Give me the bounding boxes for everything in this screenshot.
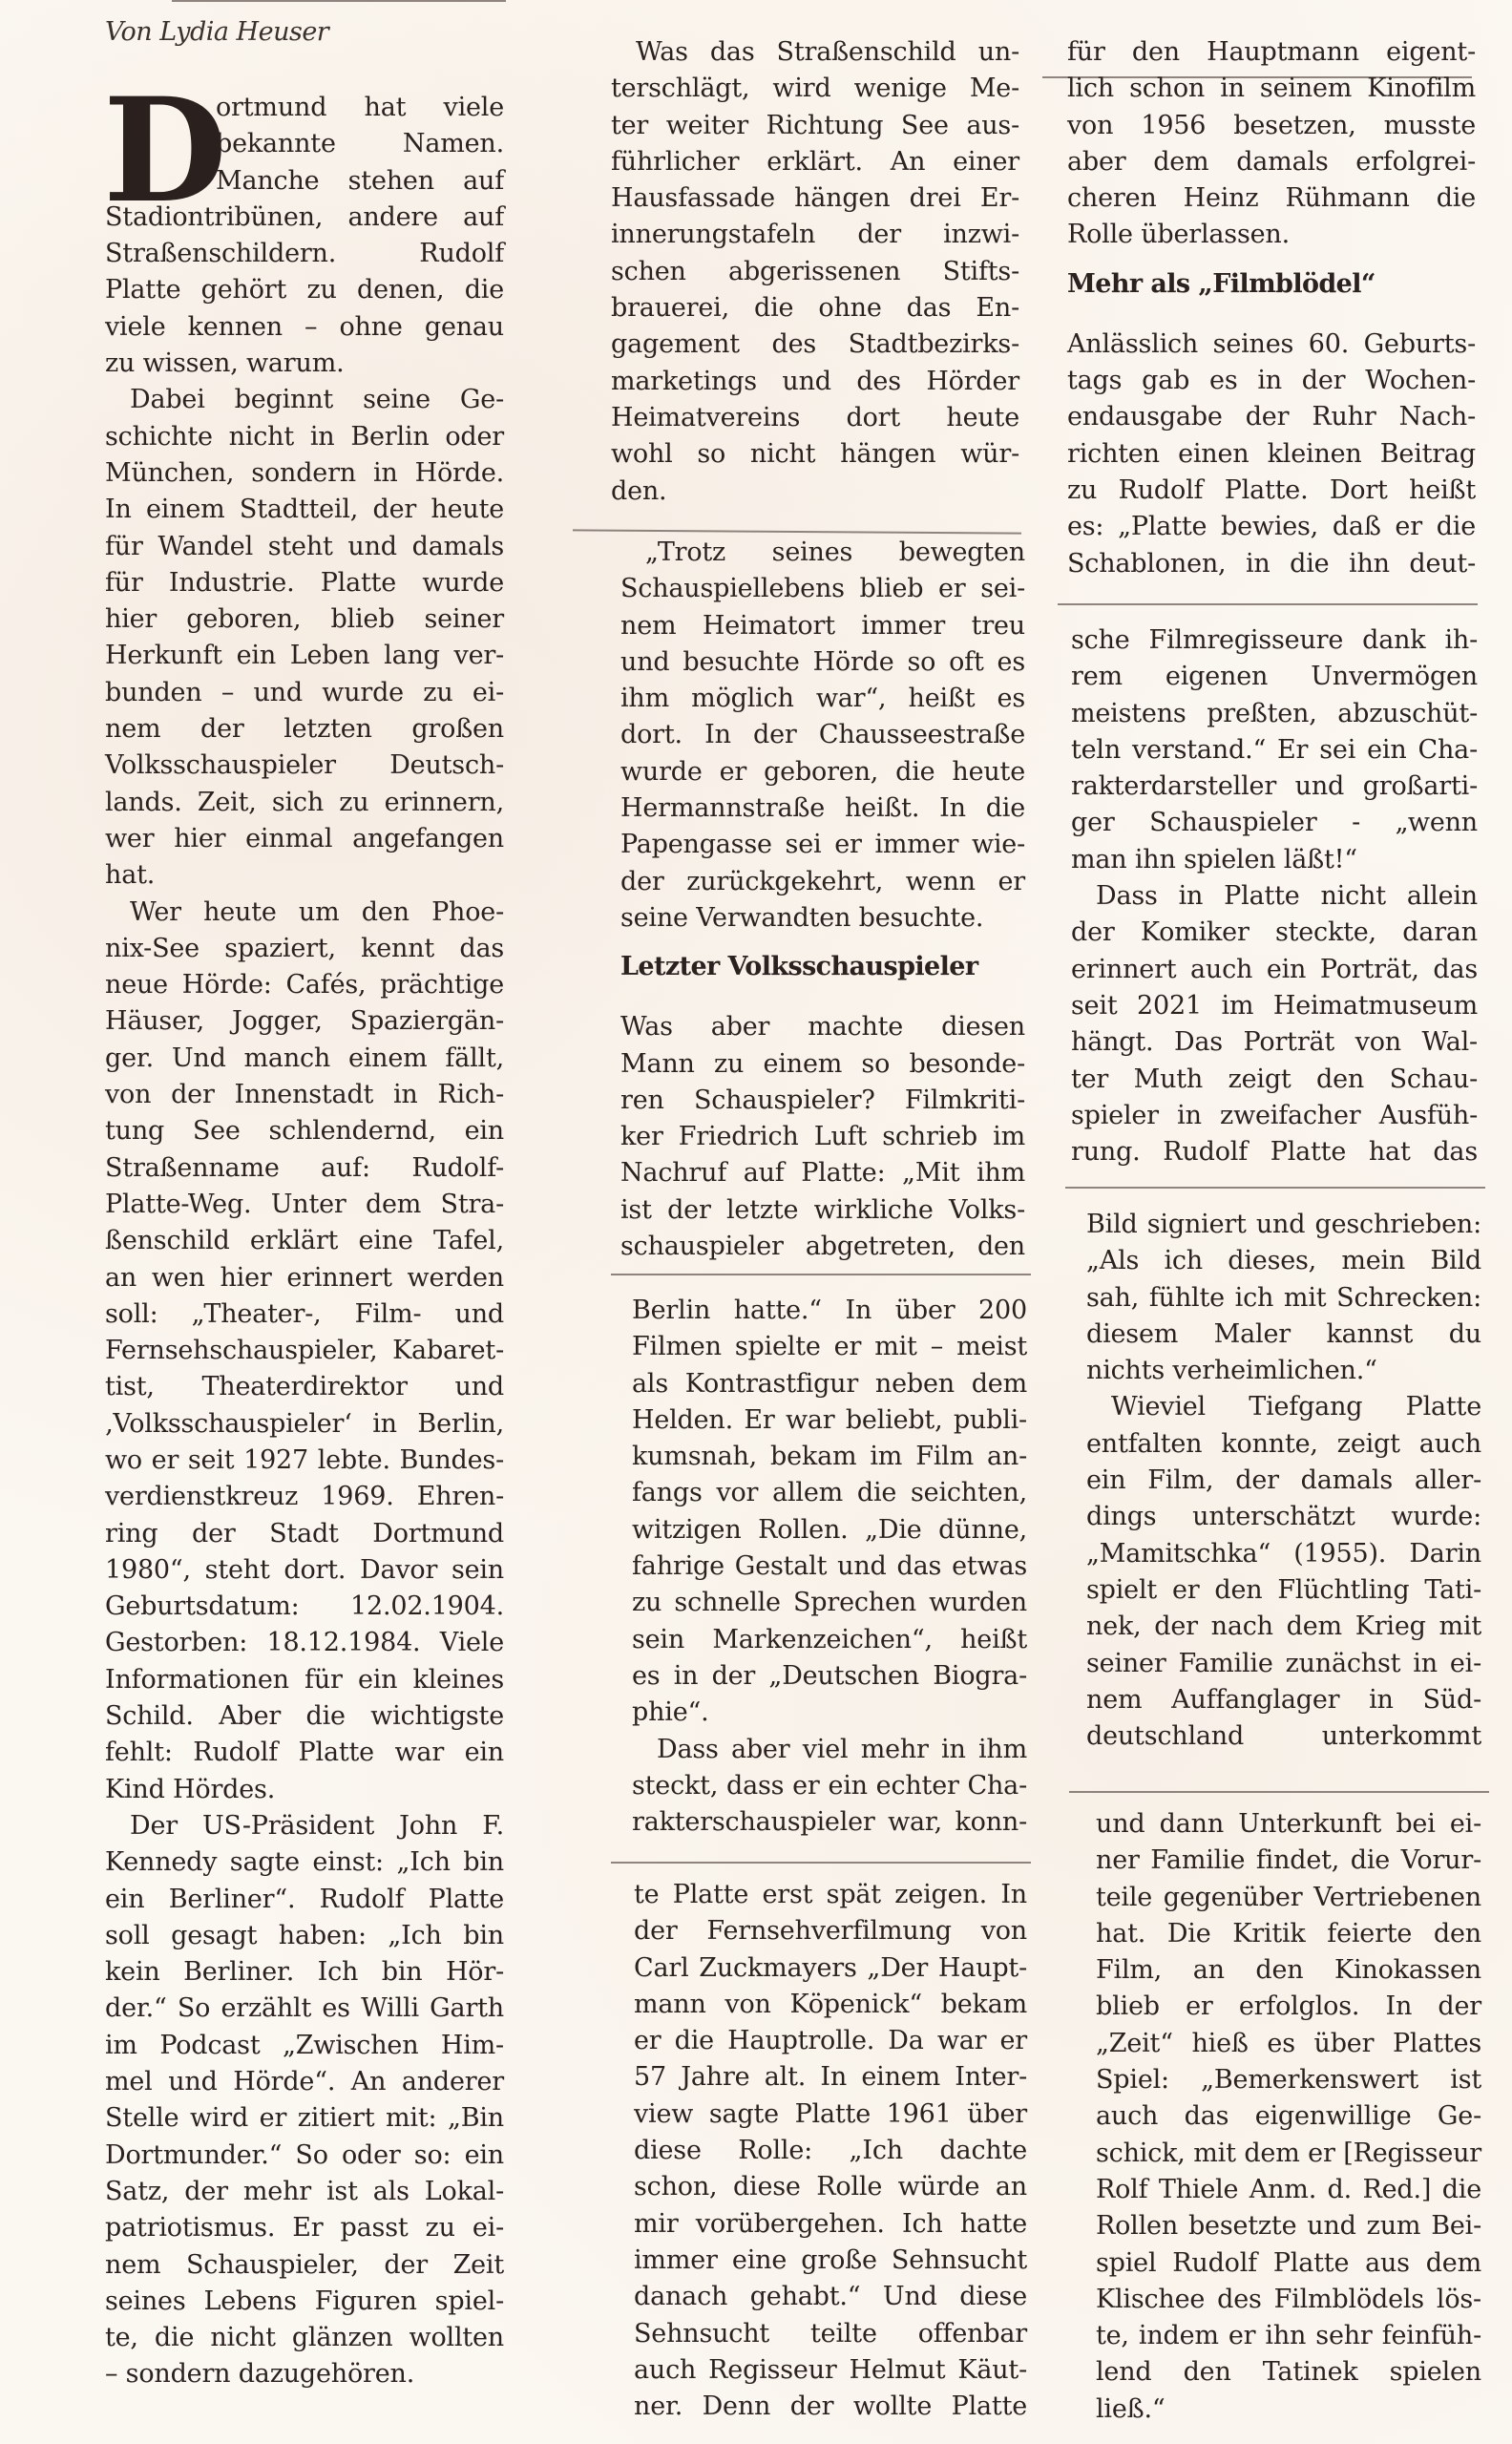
text-line: ‚Volksschauspieler‘ in Berlin, bbox=[105, 1406, 504, 1443]
text-line: verdienstkreuz 1969. Ehren- bbox=[105, 1479, 504, 1515]
text-line: nem Heimatort immer treu bbox=[620, 608, 1025, 644]
text-line: Kind Hördes. bbox=[105, 1772, 504, 1808]
text-line: – sondern dazugehören. bbox=[105, 2356, 504, 2392]
text-line: den. bbox=[611, 474, 1019, 510]
text-line: te, indem er ihn sehr feinfüh- bbox=[1096, 2318, 1481, 2354]
text-line: ßenschild erklärt eine Tafel, bbox=[105, 1223, 504, 1259]
text-line: deutschland unterkommt bbox=[1086, 1718, 1481, 1755]
text-line: Helden. Er war beliebt, publi- bbox=[632, 1402, 1027, 1439]
text-line: für Industrie. Platte wurde bbox=[105, 565, 504, 601]
text-line: ren Schauspieler? Filmkriti- bbox=[620, 1083, 1025, 1119]
text-line: Klischee des Filmblödels lös- bbox=[1096, 2282, 1481, 2318]
text-line: Stelle wird er zitiert mit: „Bin bbox=[105, 2100, 504, 2137]
article-column-2-segment-1: Was das Straßenschild un-terschlägt, wir… bbox=[611, 34, 1019, 510]
text-line: nem Auffanglager in Süd- bbox=[1086, 1682, 1481, 1718]
text-line: ner. Denn der wollte Platte bbox=[634, 2389, 1027, 2425]
text-line: rakterschauspieler war, konn- bbox=[632, 1804, 1027, 1841]
column-divider-rule bbox=[1065, 1187, 1485, 1189]
top-border-rule bbox=[172, 0, 506, 2]
article-column-3-segment-2: sche Filmregisseure dank ih-rem eigenen … bbox=[1071, 622, 1478, 1170]
text-line: seiner Familie zunächst in ei- bbox=[1086, 1646, 1481, 1682]
article-column-2-segment-4: te Platte erst spät zeigen. Inder Fernse… bbox=[634, 1877, 1027, 2425]
text-line: mel und Hörde“. An anderer bbox=[105, 2064, 504, 2100]
text-line: rem eigenen Unvermögen bbox=[1071, 659, 1478, 695]
text-line: ein Berliner“. Rudolf Platte bbox=[105, 1882, 504, 1918]
text-line: von der Innenstadt in Rich- bbox=[105, 1077, 504, 1113]
text-line: innerungstafeln der inzwi- bbox=[611, 217, 1019, 253]
text-line: Rolle überlassen. bbox=[1067, 217, 1476, 253]
text-line: In einem Stadtteil, der heute bbox=[105, 492, 504, 528]
text-line: Was das Straßenschild un- bbox=[611, 34, 1019, 71]
text-line: mann von Köpenick“ bekam bbox=[634, 1987, 1027, 2023]
text-line: Sehnsucht teilte offenbar bbox=[634, 2316, 1027, 2352]
text-line: marketings und des Hörder bbox=[611, 364, 1019, 400]
text-line: im Podcast „Zwischen Him- bbox=[105, 2028, 504, 2064]
text-line: rakterdarsteller und großarti- bbox=[1071, 769, 1478, 805]
text-line: ner Familie findet, die Vorur- bbox=[1096, 1843, 1481, 1879]
text-line: Straßenschildern. Rudolf bbox=[105, 236, 504, 272]
text-line: sein Markenzeichen“, heißt bbox=[632, 1622, 1027, 1658]
byline: Von Lydia Heuser bbox=[105, 17, 328, 47]
text-line: teln verstand.“ Er sei ein Cha- bbox=[1071, 732, 1478, 769]
text-line: Häuser, Jogger, Spaziergän- bbox=[105, 1003, 504, 1040]
text-line: kein Berliner. Ich bin Hör- bbox=[105, 1954, 504, 1991]
text-line: schen abgerissenen Stifts- bbox=[611, 254, 1019, 290]
text-line: nem Schauspieler, der Zeit bbox=[105, 2247, 504, 2284]
article-column-1: ortmund hat vielebekannte Namen.Manche s… bbox=[105, 90, 504, 2393]
text-line: lands. Zeit, sich zu erinnern, bbox=[105, 785, 504, 821]
article-column-3-segment-3: Bild signiert und geschrieben:„Als ich d… bbox=[1086, 1207, 1481, 1755]
text-line: te, die nicht glänzen wollten bbox=[105, 2320, 504, 2356]
text-line: seine Verwandten besuchte. bbox=[620, 900, 1025, 937]
text-line: Manche stehen auf bbox=[216, 163, 504, 200]
text-line: patriotismus. Er passt zu ei- bbox=[105, 2210, 504, 2246]
text-line: dort. In der Chausseestraße bbox=[620, 717, 1025, 753]
text-line: sche Filmregisseure dank ih- bbox=[1071, 622, 1478, 659]
text-line: fehlt: Rudolf Platte war ein bbox=[105, 1735, 504, 1771]
text-line: blieb er erfolglos. In der bbox=[1096, 1989, 1481, 2025]
text-line: ihm möglich war“, heißt es bbox=[620, 681, 1025, 717]
text-line: ortmund hat viele bbox=[216, 90, 504, 126]
text-line: fangs vor allem die seichten, bbox=[632, 1475, 1027, 1511]
text-line: zu Rudolf Platte. Dort heißt bbox=[1067, 473, 1476, 509]
text-line: nix-See spaziert, kennt das bbox=[105, 931, 504, 967]
text-line: seit 2021 im Heimatmuseum bbox=[1071, 988, 1478, 1024]
text-line: Stadiontribünen, andere auf bbox=[105, 200, 504, 236]
text-line: Was aber machte diesen bbox=[620, 1009, 1025, 1045]
text-line: lend den Tatinek spielen bbox=[1096, 2354, 1481, 2391]
text-line: Gestorben: 18.12.1984. Viele bbox=[105, 1625, 504, 1661]
text-line: spiel Rudolf Platte aus dem bbox=[1096, 2245, 1481, 2282]
text-line: Anlässlich seines 60. Geburts- bbox=[1067, 327, 1476, 363]
text-line: te Platte erst spät zeigen. In bbox=[634, 1877, 1027, 1913]
text-line: Fernsehschauspieler, Kabaret- bbox=[105, 1333, 504, 1369]
text-line: ter weiter Richtung See aus- bbox=[611, 108, 1019, 144]
text-line: ger. Und manch einem fällt, bbox=[105, 1041, 504, 1077]
text-line: Schauspiellebens blieb er sei- bbox=[620, 571, 1025, 607]
text-line: terschlägt, wird wenige Me- bbox=[611, 71, 1019, 107]
text-line: schon, diese Rolle würde an bbox=[634, 2169, 1027, 2205]
text-line: Carl Zuckmayers „Der Haupt- bbox=[634, 1950, 1027, 1987]
text-line: lich schon in seinem Kinofilm bbox=[1067, 71, 1476, 107]
text-line: view sagte Platte 1961 über bbox=[634, 2096, 1027, 2133]
text-line: Platte-Weg. Unter dem Stra- bbox=[105, 1187, 504, 1223]
text-line: 1980“, steht dort. Davor sein bbox=[105, 1552, 504, 1589]
text-line: phie“. bbox=[632, 1695, 1027, 1731]
text-line: „Mamitschka“ (1955). Darin bbox=[1086, 1536, 1481, 1572]
text-line: endausgabe der Ruhr Nach- bbox=[1067, 399, 1476, 435]
text-line: Rollen besetzte und zum Bei- bbox=[1096, 2208, 1481, 2244]
text-line: Dass aber viel mehr in ihm bbox=[632, 1732, 1027, 1768]
text-line: rung. Rudolf Platte hat das bbox=[1071, 1134, 1478, 1170]
text-line: immer eine große Sehnsucht bbox=[634, 2243, 1027, 2279]
text-line: der zurückgekehrt, wenn er bbox=[620, 864, 1025, 900]
article-column-2-segment-3: Berlin hatte.“ In über 200Filmen spielte… bbox=[632, 1293, 1027, 1841]
text-line: Nachruf auf Platte: „Mit ihm bbox=[620, 1155, 1025, 1191]
text-line: ger Schauspieler - „wenn bbox=[1071, 805, 1478, 841]
text-line: hat. Die Kritik feierte den bbox=[1096, 1916, 1481, 1952]
text-line: ein Film, der damals aller- bbox=[1086, 1463, 1481, 1499]
text-line: nek, der nach dem Krieg mit bbox=[1086, 1609, 1481, 1645]
text-line: diesem Maler kannst du bbox=[1086, 1317, 1481, 1353]
text-line: für Wandel steht und damals bbox=[105, 529, 504, 565]
text-line: witzigen Rollen. „Die dünne, bbox=[632, 1512, 1027, 1549]
text-line: steckt, dass er ein echter Cha- bbox=[632, 1768, 1027, 1804]
text-line: der.“ So erzählt es Willi Garth bbox=[105, 1991, 504, 2027]
text-line: danach gehabt.“ Und diese bbox=[634, 2279, 1027, 2315]
text-line: zu wissen, warum. bbox=[105, 346, 504, 382]
text-line: ker Friedrich Luft schrieb im bbox=[620, 1119, 1025, 1155]
text-line: meistens preßten, abzuschüt- bbox=[1071, 696, 1478, 732]
text-line: Hermannstraße heißt. In die bbox=[620, 790, 1025, 827]
text-line: Spiel: „Bemerkenswert ist bbox=[1096, 2062, 1481, 2098]
text-line: 57 Jahre alt. In einem Inter- bbox=[634, 2059, 1027, 2096]
text-line: und dann Unterkunft bei ei- bbox=[1096, 1806, 1481, 1843]
text-line: Volksschauspieler Deutsch- bbox=[105, 748, 504, 784]
text-line: der Komiker steckte, daran bbox=[1071, 915, 1478, 951]
column-divider-rule bbox=[1058, 603, 1478, 605]
text-line: spieler in zweifacher Ausfüh- bbox=[1071, 1098, 1478, 1134]
column-divider-rule bbox=[1069, 1791, 1489, 1793]
text-line: cheren Heinz Rühmann die bbox=[1067, 180, 1476, 217]
text-line: wer hier einmal angefangen bbox=[105, 821, 504, 857]
text-line: „Als ich dieses, mein Bild bbox=[1086, 1243, 1481, 1279]
text-line: und besuchte Hörde so oft es bbox=[620, 644, 1025, 681]
text-line: Berlin hatte.“ In über 200 bbox=[632, 1293, 1027, 1329]
text-line: Mann zu einem so besonde- bbox=[620, 1046, 1025, 1083]
text-line: erinnert auch ein Porträt, das bbox=[1071, 952, 1478, 988]
column-divider-rule bbox=[611, 1274, 1031, 1275]
text-line: Papengasse sei er immer wie- bbox=[620, 827, 1025, 863]
text-line: neue Hörde: Cafés, prächtige bbox=[105, 967, 504, 1003]
text-line: bekannte Namen. bbox=[216, 126, 504, 162]
text-line: diese Rolle: „Ich dachte bbox=[634, 2133, 1027, 2169]
text-line: schick, mit dem er [Regisseur bbox=[1096, 2136, 1481, 2172]
text-line: Straßenname auf: Rudolf- bbox=[105, 1150, 504, 1187]
text-line: Hausfassade hängen drei Er- bbox=[611, 180, 1019, 217]
text-line: als Kontrastfigur neben dem bbox=[632, 1366, 1027, 1402]
text-line: führlicher erklärt. An einer bbox=[611, 144, 1019, 180]
text-line: richten einen kleinen Beitrag bbox=[1067, 436, 1476, 473]
text-line: hat. bbox=[105, 857, 504, 894]
text-line: Dortmunder.“ So oder so: ein bbox=[105, 2138, 504, 2174]
text-line: für den Hauptmann eigent- bbox=[1067, 34, 1476, 71]
text-line: Wieviel Tiefgang Platte bbox=[1086, 1389, 1481, 1425]
text-line: schauspieler abgetreten, den bbox=[620, 1229, 1025, 1265]
text-line: zu schnelle Sprechen wurden bbox=[632, 1585, 1027, 1621]
text-line: aber dem damals erfolgrei- bbox=[1067, 144, 1476, 180]
text-line: Film, an den Kinokassen bbox=[1096, 1952, 1481, 1989]
text-line: wohl so nicht hängen wür- bbox=[611, 436, 1019, 473]
text-line: Informationen für ein kleines bbox=[105, 1662, 504, 1698]
text-line: teile gegenüber Vertriebenen bbox=[1096, 1880, 1481, 1916]
text-line: wurde er geboren, die heute bbox=[620, 754, 1025, 790]
text-line: gagement des Stadtbezirks- bbox=[611, 327, 1019, 363]
text-line: Rolf Thiele Anm. d. Red.] die bbox=[1096, 2172, 1481, 2208]
text-line: hier geboren, blieb seiner bbox=[105, 601, 504, 638]
text-line: ter Muth zeigt den Schau- bbox=[1071, 1062, 1478, 1098]
text-line: sah, fühlte ich mit Schrecken: bbox=[1086, 1280, 1481, 1317]
text-line: wo er seit 1927 lebte. Bundes- bbox=[105, 1443, 504, 1479]
section-heading: Letzter Volksschauspieler bbox=[620, 937, 1025, 1009]
text-line: es: „Platte bewies, daß er die bbox=[1067, 509, 1476, 545]
text-line: viele kennen – ohne genau bbox=[105, 309, 504, 346]
text-line: kumsnah, bekam im Film an- bbox=[632, 1439, 1027, 1475]
article-column-2-segment-2: „Trotz seines bewegtenSchauspiellebens b… bbox=[620, 535, 1025, 1265]
text-line: tung See schlendernd, ein bbox=[105, 1113, 504, 1149]
text-line: seines Lebens Figuren spiel- bbox=[105, 2284, 504, 2320]
text-line: ließ.“ bbox=[1096, 2391, 1481, 2428]
text-line: auch das eigenwillige Ge- bbox=[1096, 2098, 1481, 2135]
text-line: der Fernsehverfilmung von bbox=[634, 1913, 1027, 1949]
text-line: es in der „Deutschen Biogra- bbox=[632, 1658, 1027, 1695]
text-line: entfalten konnte, zeigt auch bbox=[1086, 1426, 1481, 1463]
text-line: an wen hier erinnert werden bbox=[105, 1260, 504, 1296]
text-line: Platte gehört zu denen, die bbox=[105, 272, 504, 308]
text-line: nichts verheimlichen.“ bbox=[1086, 1353, 1481, 1389]
text-line: dings unterschätzt wurde: bbox=[1086, 1499, 1481, 1535]
text-line: Herkunft ein Leben lang ver- bbox=[105, 638, 504, 674]
text-line: Wer heute um den Phoe- bbox=[105, 895, 504, 931]
text-line: auch Regisseur Helmut Käut- bbox=[634, 2352, 1027, 2389]
text-line: Schablonen, in die ihn deut- bbox=[1067, 546, 1476, 582]
text-line: Geburtsdatum: 12.02.1904. bbox=[105, 1589, 504, 1625]
text-line: München, sondern in Hörde. bbox=[105, 455, 504, 492]
text-line: er die Hauptrolle. Da war er bbox=[634, 2023, 1027, 2059]
text-line: „Zeit“ hieß es über Plattes bbox=[1096, 2026, 1481, 2062]
text-line: Schild. Aber die wichtigste bbox=[105, 1698, 504, 1735]
text-line: soll gesagt haben: „Ich bin bbox=[105, 1918, 504, 1954]
text-line: Dass in Platte nicht allein bbox=[1071, 878, 1478, 915]
text-line: Bild signiert und geschrieben: bbox=[1086, 1207, 1481, 1243]
text-line: von 1956 besetzen, musste bbox=[1067, 108, 1476, 144]
text-line: brauerei, die ohne das En- bbox=[611, 290, 1019, 327]
text-line: Heimatvereins dort heute bbox=[611, 400, 1019, 436]
text-line: nem der letzten großen bbox=[105, 711, 504, 748]
text-line: Filmen spielte er mit – meist bbox=[632, 1329, 1027, 1365]
section-heading: Mehr als „Filmblödel“ bbox=[1067, 254, 1476, 327]
text-line: schichte nicht in Berlin oder bbox=[105, 419, 504, 455]
article-column-3-segment-1: für den Hauptmann eigent-lich schon in s… bbox=[1067, 34, 1476, 582]
text-line: soll: „Theater-, Film- und bbox=[105, 1296, 504, 1333]
text-line: fahrige Gestalt und das etwas bbox=[632, 1549, 1027, 1585]
text-line: Satz, der mehr ist als Lokal- bbox=[105, 2174, 504, 2210]
text-line: mir vorübergehen. Ich hatte bbox=[634, 2206, 1027, 2243]
text-line: „Trotz seines bewegten bbox=[620, 535, 1025, 571]
article-column-3-segment-4: und dann Unterkunft bei ei-ner Familie f… bbox=[1096, 1806, 1481, 2428]
text-line: spielt er den Flüchtling Tati- bbox=[1086, 1572, 1481, 1609]
text-line: man ihn spielen läßt!“ bbox=[1071, 842, 1478, 878]
text-line: tags gab es in der Wochen- bbox=[1067, 363, 1476, 399]
text-line: Dabei beginnt seine Ge- bbox=[105, 382, 504, 418]
text-line: hängt. Das Porträt von Wal- bbox=[1071, 1024, 1478, 1061]
text-line: ring der Stadt Dortmund bbox=[105, 1516, 504, 1552]
text-line: Der US-Präsident John F. bbox=[105, 1808, 504, 1844]
text-line: ist der letzte wirkliche Volks- bbox=[620, 1192, 1025, 1229]
text-line: Kennedy sagte einst: „Ich bin bbox=[105, 1844, 504, 1881]
text-line: tist, Theaterdirektor und bbox=[105, 1369, 504, 1405]
text-line: bunden – und wurde zu ei- bbox=[105, 675, 504, 711]
column-divider-rule bbox=[611, 1862, 1031, 1864]
